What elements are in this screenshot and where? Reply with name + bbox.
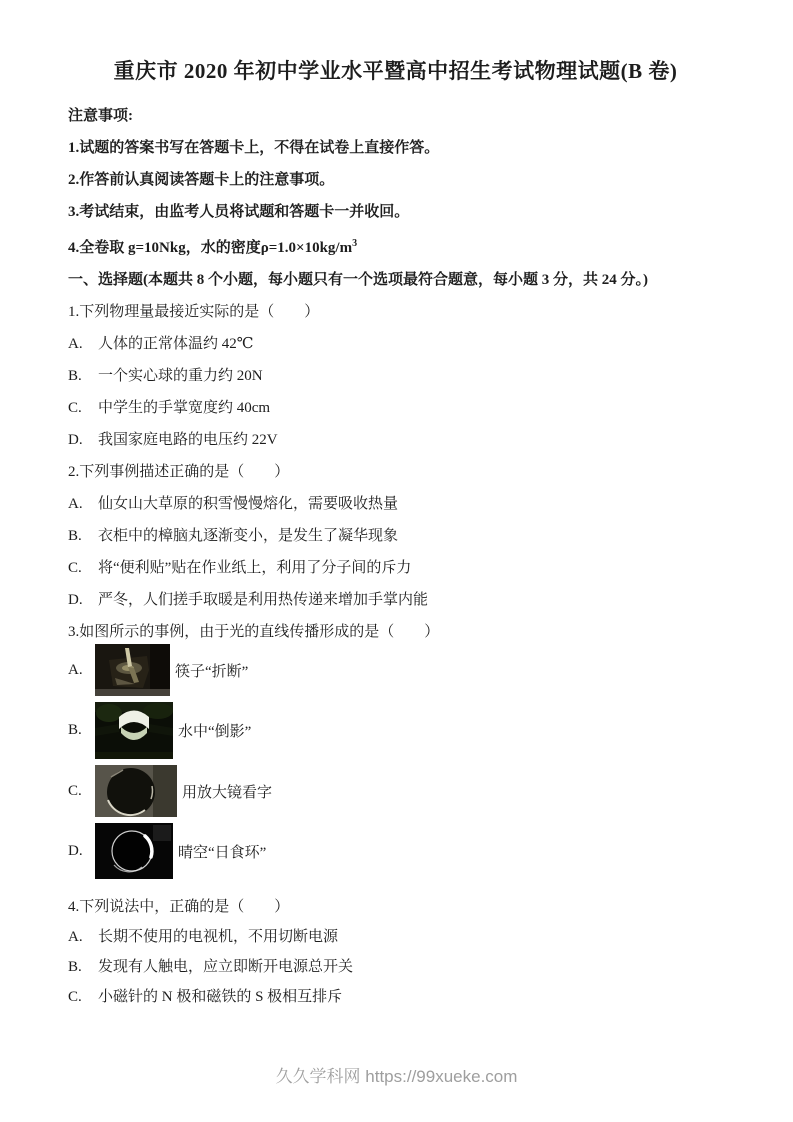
- exam-document-page: 重庆市 2020 年初中学业水平暨高中招生考试物理试题(B 卷) 注意事项: 1…: [0, 0, 793, 1007]
- option-text: 仙女山大草原的积雪慢慢熔化，需要吸收热量: [98, 496, 398, 512]
- option-label: B.: [68, 366, 98, 386]
- annular-eclipse-photo: [95, 823, 173, 879]
- question-1-option-c: C.中学生的手掌宽度约 40cm: [68, 398, 723, 418]
- question-3-stem: 3.如图所示的事例，由于光的直线传播形成的是（ ）: [68, 622, 723, 642]
- footer-watermark: 久久学科网 https://99xueke.com: [0, 1062, 793, 1087]
- option-label: A.: [68, 662, 95, 679]
- option-text: 小磁针的 N 极和磁铁的 S 极相互排斥: [98, 989, 342, 1005]
- option-text: 严冬，人们搓手取暖是利用热传递来增加手掌内能: [98, 592, 428, 608]
- question-1-option-d: D.我国家庭电路的电压约 22V: [68, 430, 723, 450]
- question-3-option-b: B. 水中“倒影”: [68, 702, 723, 759]
- option-label: B.: [68, 957, 98, 977]
- question-2-option-b: B.衣柜中的樟脑丸逐渐变小，是发生了凝华现象: [68, 526, 723, 546]
- option-label: D.: [68, 430, 98, 450]
- question-3-option-a: A. 筷子“折断”: [68, 644, 723, 696]
- page-title: 重庆市 2020 年初中学业水平暨高中招生考试物理试题(B 卷): [68, 56, 723, 86]
- option-text: 将“便利贴”贴在作业纸上，利用了分子间的斥力: [98, 560, 411, 576]
- footer-site-link[interactable]: 久久学科网 https://99xueke.com: [276, 1067, 518, 1086]
- option-label: D.: [68, 590, 98, 610]
- notice-item-4: 4.全卷取 g=10Nkg，水的密度ρ=1.0×10kg/m3: [68, 234, 723, 258]
- option-caption: 水中“倒影”: [178, 720, 251, 741]
- option-text: 中学生的手掌宽度约 40cm: [98, 400, 270, 416]
- question-4-option-b: B.发现有人触电，应立即断开电源总开关: [68, 957, 723, 977]
- chopstick-in-water-photo: [95, 644, 170, 696]
- option-text: 发现有人触电，应立即断开电源总开关: [98, 959, 353, 975]
- notice-item-4-text: 4.全卷取 g=10Nkg，水的密度ρ=1.0×10kg/m: [68, 240, 352, 256]
- notice-item-2: 2.作答前认真阅读答题卡上的注意事项。: [68, 170, 723, 190]
- option-text: 我国家庭电路的电压约 22V: [98, 432, 278, 448]
- notice-item-4-superscript: 3: [352, 238, 357, 249]
- section-1-header: 一、选择题(本题共 8 个小题，每小题只有一个选项最符合题意，每小题 3 分，共…: [68, 270, 723, 290]
- question-2-stem: 2.下列事例描述正确的是（ ）: [68, 462, 723, 482]
- option-text: 长期不使用的电视机，不用切断电源: [98, 929, 338, 945]
- notice-section: 注意事项: 1.试题的答案书写在答题卡上，不得在试卷上直接作答。 2.作答前认真…: [68, 106, 723, 258]
- question-4-option-c: C.小磁针的 N 极和磁铁的 S 极相互排斥: [68, 987, 723, 1007]
- question-1-option-a: A.人体的正常体温约 42℃: [68, 334, 723, 354]
- question-1: 1.下列物理量最接近实际的是（ ） A.人体的正常体温约 42℃ B.一个实心球…: [68, 302, 723, 450]
- question-2: 2.下列事例描述正确的是（ ） A.仙女山大草原的积雪慢慢熔化，需要吸收热量 B…: [68, 462, 723, 610]
- option-text: 人体的正常体温约 42℃: [98, 336, 254, 352]
- option-label: C.: [68, 783, 95, 800]
- option-caption: 筷子“折断”: [175, 660, 248, 681]
- option-label: A.: [68, 494, 98, 514]
- bridge-reflection-photo: [95, 702, 173, 759]
- notice-heading: 注意事项:: [68, 106, 723, 126]
- option-caption: 用放大镜看字: [182, 781, 272, 802]
- question-1-option-b: B.一个实心球的重力约 20N: [68, 366, 723, 386]
- option-label: A.: [68, 334, 98, 354]
- magnifier-reading-photo: [95, 765, 177, 817]
- question-2-option-d: D.严冬，人们搓手取暖是利用热传递来增加手掌内能: [68, 590, 723, 610]
- option-label: C.: [68, 987, 98, 1007]
- notice-item-3: 3.考试结束，由监考人员将试题和答题卡一并收回。: [68, 202, 723, 222]
- notice-item-1: 1.试题的答案书写在答题卡上，不得在试卷上直接作答。: [68, 138, 723, 158]
- question-3: 3.如图所示的事例，由于光的直线传播形成的是（ ） A. 筷子“折断”: [68, 622, 723, 879]
- option-label: A.: [68, 927, 98, 947]
- option-label: B.: [68, 722, 95, 739]
- option-label: D.: [68, 843, 95, 860]
- question-4: 4.下列说法中，正确的是（ ） A.长期不使用的电视机，不用切断电源 B.发现有…: [68, 897, 723, 1007]
- option-text: 一个实心球的重力约 20N: [98, 368, 263, 384]
- question-2-option-a: A.仙女山大草原的积雪慢慢熔化，需要吸收热量: [68, 494, 723, 514]
- option-caption: 晴空“日食环”: [178, 841, 266, 862]
- question-1-stem: 1.下列物理量最接近实际的是（ ）: [68, 302, 723, 322]
- option-label: C.: [68, 558, 98, 578]
- option-label: C.: [68, 398, 98, 418]
- question-3-option-c: C. 用放大镜看字: [68, 765, 723, 817]
- question-2-option-c: C.将“便利贴”贴在作业纸上，利用了分子间的斥力: [68, 558, 723, 578]
- question-3-option-d: D. 晴空“日食环”: [68, 823, 723, 879]
- question-4-stem: 4.下列说法中，正确的是（ ）: [68, 897, 723, 917]
- option-label: B.: [68, 526, 98, 546]
- option-text: 衣柜中的樟脑丸逐渐变小，是发生了凝华现象: [98, 528, 398, 544]
- question-4-option-a: A.长期不使用的电视机，不用切断电源: [68, 927, 723, 947]
